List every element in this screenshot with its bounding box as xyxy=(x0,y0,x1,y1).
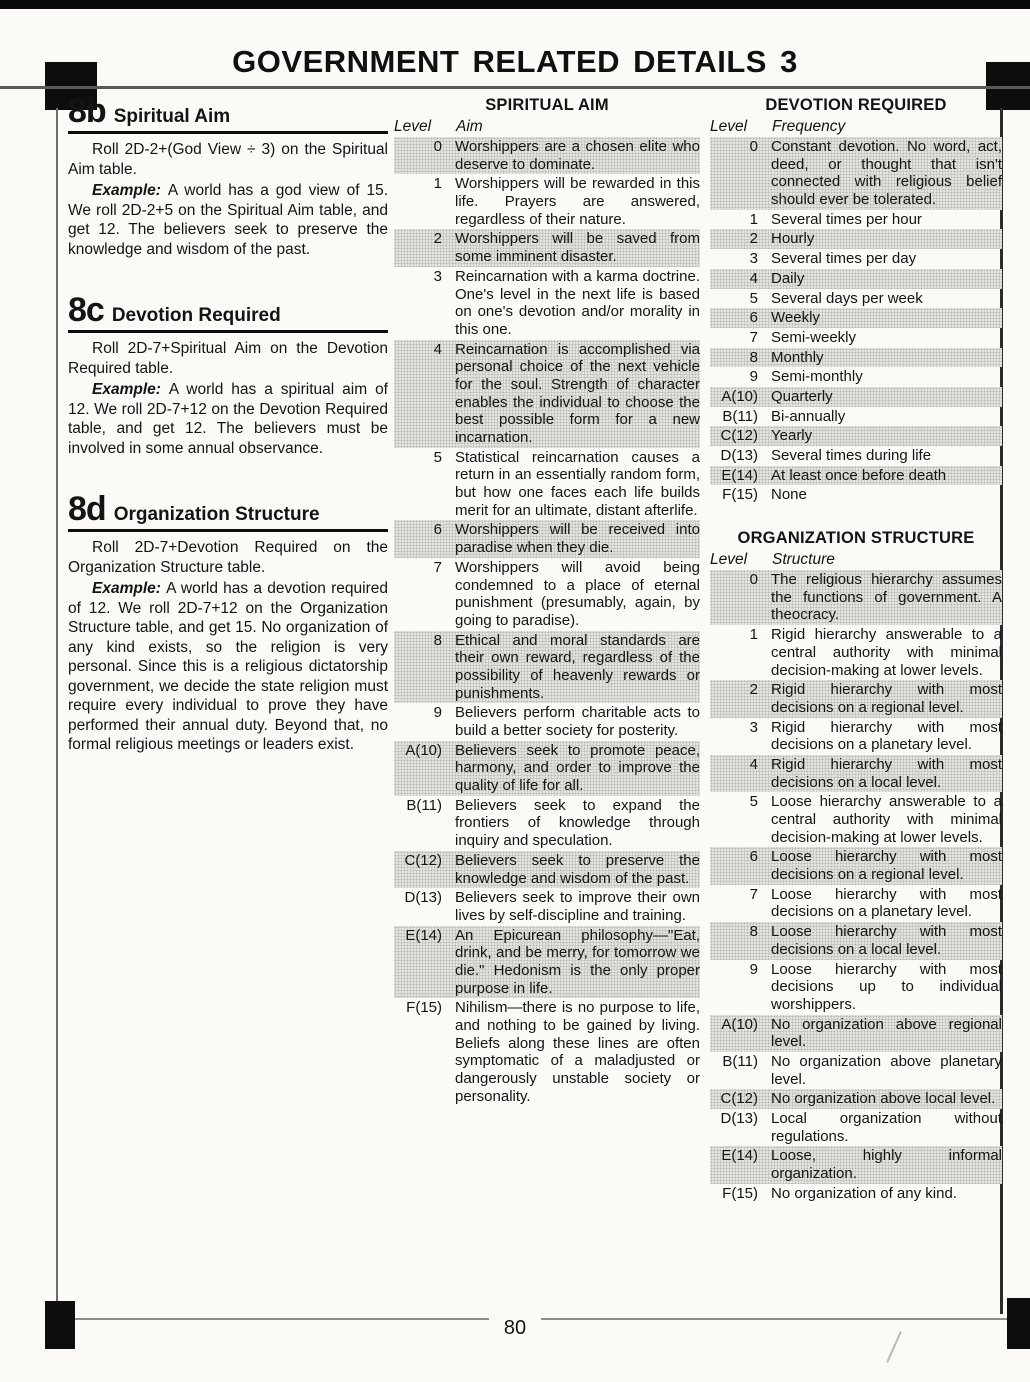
table-row: 4Reincarnation is accomplished via perso… xyxy=(394,340,700,448)
description-cell: The religious hierarchy assumes the func… xyxy=(758,571,1002,624)
table-row: 9Believers perform charitable acts to bu… xyxy=(394,703,700,740)
description-cell: At least once before death xyxy=(758,467,1002,485)
level-cell: 2 xyxy=(394,230,442,265)
level-cell: B(11) xyxy=(394,797,442,850)
table-row: 1Rigid hierarchy answerable to a central… xyxy=(710,625,1002,680)
level-cell: D(13) xyxy=(394,889,442,924)
description-cell: Loose hierarchy with most decisions on a… xyxy=(758,923,1002,958)
table-row: B(11)Believers seek to expand the fronti… xyxy=(394,796,700,851)
section-8b: 8bSpiritual AimRoll 2D-2+(God View ÷ 3) … xyxy=(68,96,388,259)
description-cell: Loose hierarchy with most decisions up t… xyxy=(758,961,1002,1014)
description-cell: An Epicurean philosophy—"Eat, drink, and… xyxy=(442,927,700,998)
level-cell: 6 xyxy=(710,309,758,327)
table-row: 2Worshippers will be saved from some imm… xyxy=(394,229,700,266)
table-column-headers: LevelFrequency xyxy=(710,118,1002,136)
header-rule xyxy=(0,86,1030,89)
level-cell: 0 xyxy=(394,138,442,173)
table-row: 4Daily xyxy=(710,269,1002,289)
description-cell: No organization above planetary level. xyxy=(758,1053,1002,1088)
level-cell: 4 xyxy=(394,341,442,447)
description-cell: Quarterly xyxy=(758,388,1002,406)
description-cell: Worshippers will be rewarded in this lif… xyxy=(442,175,700,228)
right-column: DEVOTION REQUIREDLevelFrequency0Constant… xyxy=(710,96,1002,1227)
description-cell: Several times per day xyxy=(758,250,1002,268)
table-row: 6Worshippers will be received into parad… xyxy=(394,520,700,557)
example-label: Example: xyxy=(92,580,166,597)
description-cell: Semi-weekly xyxy=(758,329,1002,347)
document-page: GOVERNMENT RELATED DETAILS 3 8bSpiritual… xyxy=(0,0,1030,1382)
table-row: 0Constant devotion. No word, act, deed, … xyxy=(710,137,1002,210)
level-cell: A(10) xyxy=(710,1016,758,1051)
description-cell: Nihilism—there is no purpose to life, an… xyxy=(442,999,700,1105)
corner-square-bottom-left xyxy=(45,1301,75,1349)
section-heading: 8dOrganization Structure xyxy=(68,494,388,532)
description-cell: Worshippers will avoid being condemned t… xyxy=(442,559,700,630)
description-cell: Yearly xyxy=(758,427,1002,445)
table-organization-structure: ORGANIZATION STRUCTURELevelStructure0The… xyxy=(710,529,1002,1203)
description-cell: Ethical and moral standards are their ow… xyxy=(442,632,700,703)
level-cell: C(12) xyxy=(394,852,442,887)
level-cell: 8 xyxy=(394,632,442,703)
table-row: 6Weekly xyxy=(710,308,1002,328)
level-cell: 5 xyxy=(710,290,758,308)
description-cell: Bi-annually xyxy=(758,408,1002,426)
level-cell: A(10) xyxy=(394,742,442,795)
table-row: C(12)Yearly xyxy=(710,426,1002,446)
table-row: 5Loose hierarchy answerable to a central… xyxy=(710,792,1002,847)
level-cell: B(11) xyxy=(710,1053,758,1088)
section-title: Organization Structure xyxy=(106,504,320,525)
table-row: 3Several times per day xyxy=(710,249,1002,269)
table-row: 1Several times per hour xyxy=(710,210,1002,230)
table-column-headers: LevelAim xyxy=(394,118,700,136)
table-spiritual-aim: SPIRITUAL AIMLevelAim0Worshippers are a … xyxy=(394,96,700,1106)
description-cell: Several times during life xyxy=(758,447,1002,465)
table-row: D(13)Believers seek to improve their own… xyxy=(394,888,700,925)
level-cell: F(15) xyxy=(710,1185,758,1203)
description-cell: Rigid hierarchy with most decisions on a… xyxy=(758,719,1002,754)
level-column-header: Level xyxy=(710,118,760,136)
level-cell: 3 xyxy=(394,268,442,339)
description-cell: Believers seek to preserve the knowledge… xyxy=(442,852,700,887)
level-cell: E(14) xyxy=(710,1147,758,1182)
description-cell: Semi-monthly xyxy=(758,368,1002,386)
level-cell: 1 xyxy=(710,626,758,679)
paragraph: Roll 2D-7+Devotion Required on the Organ… xyxy=(68,538,388,577)
level-cell: 3 xyxy=(710,250,758,268)
description-cell: Worshippers will be received into paradi… xyxy=(442,521,700,556)
description-cell: Constant devotion. No word, act, deed, o… xyxy=(758,138,1002,209)
example-label: Example: xyxy=(92,182,168,199)
table-row: 7Worshippers will avoid being condemned … xyxy=(394,558,700,631)
table-row: 0Worshippers are a chosen elite who dese… xyxy=(394,137,700,174)
table-row: 3Rigid hierarchy with most decisions on … xyxy=(710,718,1002,755)
section-title: Spiritual Aim xyxy=(106,106,230,127)
level-cell: E(14) xyxy=(394,927,442,998)
description-cell: None xyxy=(758,486,1002,504)
level-cell: 8 xyxy=(710,349,758,367)
section-8c: 8cDevotion RequiredRoll 2D-7+Spiritual A… xyxy=(68,295,388,458)
description-cell: Weekly xyxy=(758,309,1002,327)
table-row: B(11)No organization above planetary lev… xyxy=(710,1052,1002,1089)
table-devotion-required: DEVOTION REQUIREDLevelFrequency0Constant… xyxy=(710,96,1002,505)
level-cell: 9 xyxy=(394,704,442,739)
level-cell: 4 xyxy=(710,756,758,791)
table-row: 0The religious hierarchy assumes the fun… xyxy=(710,570,1002,625)
table-row: 4Rigid hierarchy with most decisions on … xyxy=(710,755,1002,792)
table-column-headers: LevelStructure xyxy=(710,551,1002,569)
description-cell: Reincarnation is accomplished via person… xyxy=(442,341,700,447)
level-cell: 0 xyxy=(710,138,758,209)
section-8d: 8dOrganization StructureRoll 2D-7+Devoti… xyxy=(68,494,388,755)
table-row: F(15)No organization of any kind. xyxy=(710,1184,1002,1204)
description-cell: No organization of any kind. xyxy=(758,1185,1002,1203)
page-number: 80 xyxy=(489,1317,541,1340)
description-cell: Hourly xyxy=(758,230,1002,248)
table-row: 7Semi-weekly xyxy=(710,328,1002,348)
level-cell: 6 xyxy=(394,521,442,556)
level-cell: 6 xyxy=(710,848,758,883)
table-row: D(13)Several times during life xyxy=(710,446,1002,466)
description-cell: Several times per hour xyxy=(758,211,1002,229)
section-number: 8b xyxy=(68,92,106,130)
level-cell: 7 xyxy=(710,886,758,921)
description-cell: Loose, highly informal organization. xyxy=(758,1147,1002,1182)
level-cell: 2 xyxy=(710,681,758,716)
level-cell: 3 xyxy=(710,719,758,754)
left-border-rule xyxy=(56,108,58,1314)
level-cell: 2 xyxy=(710,230,758,248)
table-row: E(14)An Epicurean philosophy—"Eat, drink… xyxy=(394,926,700,999)
example-label: Example: xyxy=(92,381,169,398)
scan-artifact-top-bar xyxy=(0,0,1030,9)
section-title: Devotion Required xyxy=(104,305,281,326)
section-heading: 8bSpiritual Aim xyxy=(68,96,388,134)
table-row: 6Loose hierarchy with most decisions on … xyxy=(710,847,1002,884)
level-cell: 1 xyxy=(394,175,442,228)
description-cell: Statistical reincarnation causes a retur… xyxy=(442,449,700,520)
table-row: 9Semi-monthly xyxy=(710,367,1002,387)
table-row: 2Rigid hierarchy with most decisions on … xyxy=(710,680,1002,717)
level-cell: 5 xyxy=(710,793,758,846)
table-row: C(12)Believers seek to preserve the know… xyxy=(394,851,700,888)
level-cell: 7 xyxy=(710,329,758,347)
paragraph: Example: A world has a spiritual aim of … xyxy=(68,380,388,458)
table-row: 8Loose hierarchy with most decisions on … xyxy=(710,922,1002,959)
description-cell: Worshippers are a chosen elite who deser… xyxy=(442,138,700,173)
section-number: 8c xyxy=(68,291,104,329)
level-cell: 8 xyxy=(710,923,758,958)
description-cell: Believers perform charitable acts to bui… xyxy=(442,704,700,739)
table-row: 7Loose hierarchy with most decisions on … xyxy=(710,885,1002,922)
table-title: DEVOTION REQUIRED xyxy=(710,96,1002,115)
level-cell: 0 xyxy=(710,571,758,624)
level-cell: 9 xyxy=(710,961,758,1014)
description-cell: Believers seek to improve their own live… xyxy=(442,889,700,924)
table-row: F(15)None xyxy=(710,485,1002,505)
table-row: A(10)No organization above regional leve… xyxy=(710,1015,1002,1052)
description-cell: Loose hierarchy with most decisions on a… xyxy=(758,886,1002,921)
level-column-header: Level xyxy=(710,551,760,569)
table-title: ORGANIZATION STRUCTURE xyxy=(710,529,1002,548)
table-row: E(14)Loose, highly informal organization… xyxy=(710,1146,1002,1183)
description-column-header: Aim xyxy=(444,118,483,136)
level-cell: A(10) xyxy=(710,388,758,406)
description-cell: Monthly xyxy=(758,349,1002,367)
description-column-header: Frequency xyxy=(760,118,845,136)
table-row: F(15)Nihilism—there is no purpose to lif… xyxy=(394,998,700,1106)
description-cell: Daily xyxy=(758,270,1002,288)
level-cell: D(13) xyxy=(710,1110,758,1145)
level-cell: 9 xyxy=(710,368,758,386)
table-row: C(12)No organization above local level. xyxy=(710,1089,1002,1109)
level-cell: 1 xyxy=(710,211,758,229)
level-cell: B(11) xyxy=(710,408,758,426)
table-row: A(10)Quarterly xyxy=(710,387,1002,407)
table-title: SPIRITUAL AIM xyxy=(394,96,700,115)
paragraph: Roll 2D-2+(God View ÷ 3) on the Spiritua… xyxy=(68,140,388,179)
description-cell: No organization above local level. xyxy=(758,1090,1002,1108)
page-title: GOVERNMENT RELATED DETAILS 3 xyxy=(0,44,1030,80)
middle-column: SPIRITUAL AIMLevelAim0Worshippers are a … xyxy=(394,96,700,1130)
description-column-header: Structure xyxy=(760,551,835,569)
level-cell: F(15) xyxy=(710,486,758,504)
description-cell: Loose hierarchy with most decisions on a… xyxy=(758,848,1002,883)
corner-square-bottom-right xyxy=(1007,1298,1030,1349)
description-cell: Believers seek to promote peace, harmony… xyxy=(442,742,700,795)
left-column: 8bSpiritual AimRoll 2D-2+(God View ÷ 3) … xyxy=(68,96,388,791)
description-cell: Rigid hierarchy with most decisions on a… xyxy=(758,756,1002,791)
paragraph: Example: A world has a god view of 15. W… xyxy=(68,181,388,259)
section-number: 8d xyxy=(68,490,106,528)
table-row: 5Statistical reincarnation causes a retu… xyxy=(394,448,700,521)
table-row: 9Loose hierarchy with most decisions up … xyxy=(710,960,1002,1015)
level-cell: E(14) xyxy=(710,467,758,485)
section-heading: 8cDevotion Required xyxy=(68,295,388,333)
paragraph: Example: A world has a devotion required… xyxy=(68,579,388,755)
level-cell: C(12) xyxy=(710,1090,758,1108)
table-row: E(14)At least once before death xyxy=(710,466,1002,486)
table-row: 8Ethical and moral standards are their o… xyxy=(394,631,700,704)
description-cell: Reincarnation with a karma doctrine. One… xyxy=(442,268,700,339)
paragraph: Roll 2D-7+Spiritual Aim on the Devotion … xyxy=(68,339,388,378)
description-cell: Several days per week xyxy=(758,290,1002,308)
description-cell: Loose hierarchy answerable to a central … xyxy=(758,793,1002,846)
description-cell: Rigid hierarchy answerable to a central … xyxy=(758,626,1002,679)
level-cell: C(12) xyxy=(710,427,758,445)
description-cell: Worshippers will be saved from some immi… xyxy=(442,230,700,265)
table-row: D(13)Local organization without regulati… xyxy=(710,1109,1002,1146)
table-row: 1Worshippers will be rewarded in this li… xyxy=(394,174,700,229)
scan-artifact-scratch xyxy=(886,1331,902,1363)
level-cell: D(13) xyxy=(710,447,758,465)
description-cell: No organization above regional level. xyxy=(758,1016,1002,1051)
table-row: 3Reincarnation with a karma doctrine. On… xyxy=(394,267,700,340)
description-cell: Believers seek to expand the frontiers o… xyxy=(442,797,700,850)
table-row: 5Several days per week xyxy=(710,289,1002,309)
table-row: 2Hourly xyxy=(710,229,1002,249)
level-cell: F(15) xyxy=(394,999,442,1105)
table-row: B(11)Bi-annually xyxy=(710,407,1002,427)
table-row: 8Monthly xyxy=(710,348,1002,368)
level-column-header: Level xyxy=(394,118,444,136)
table-row: A(10)Believers seek to promote peace, ha… xyxy=(394,741,700,796)
level-cell: 7 xyxy=(394,559,442,630)
level-cell: 4 xyxy=(710,270,758,288)
level-cell: 5 xyxy=(394,449,442,520)
description-cell: Local organization without regulations. xyxy=(758,1110,1002,1145)
description-cell: Rigid hierarchy with most decisions on a… xyxy=(758,681,1002,716)
